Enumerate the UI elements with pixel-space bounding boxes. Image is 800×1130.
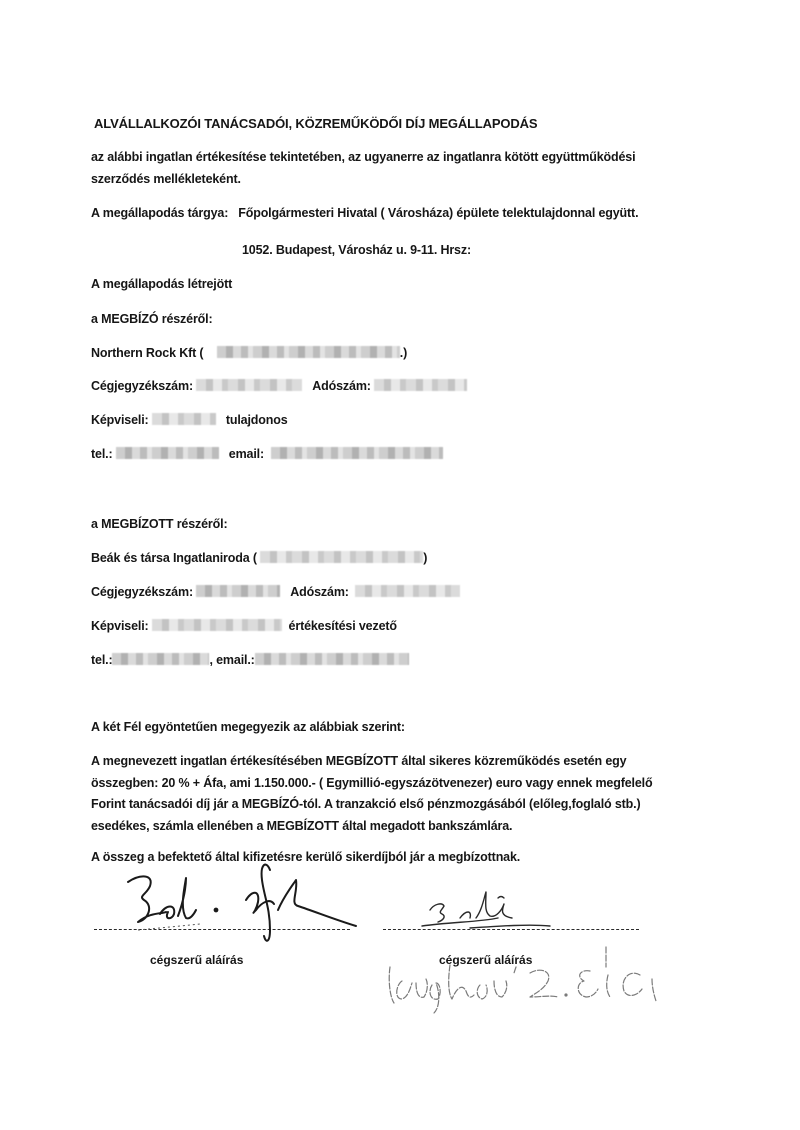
signature-label-left: cégszerű aláírás xyxy=(150,953,243,967)
signature-right-icon xyxy=(420,888,560,933)
signature-left-icon xyxy=(120,860,360,950)
agent-company-line: Beák és társa Ingatlaniroda ( ) xyxy=(91,551,427,565)
redacted-phone-number xyxy=(116,447,219,459)
subject-label: A megállapodás tárgya: xyxy=(91,206,228,220)
agreement-created: A megállapodás létrejött xyxy=(91,277,232,291)
agent-contact-line: tel.:, email.: xyxy=(91,653,409,667)
agent-tax-label: Adószám: xyxy=(290,585,349,599)
agent-rep-role: értékesítési vezető xyxy=(289,619,397,633)
agent-company-name: Beák és társa Ingatlaniroda ( xyxy=(91,551,257,565)
agent-heading: a MEGBÍZOTT részéről: xyxy=(91,517,227,531)
subject-line: A megállapodás tárgya: Főpolgármesteri H… xyxy=(91,206,638,220)
agent-tel-label: tel.: xyxy=(91,653,112,667)
redacted-company-address xyxy=(260,551,423,563)
principal-rep-role: tulajdonos xyxy=(226,413,288,427)
redacted-representative-name xyxy=(152,619,282,631)
principal-registration-line: Cégjegyzékszám: Adószám: xyxy=(91,379,467,393)
redacted-representative-name xyxy=(152,413,216,425)
agent-representative-line: Képviseli: értékesítési vezető xyxy=(91,619,397,633)
handwritten-annotation-icon xyxy=(380,945,690,1015)
principal-company-close: .) xyxy=(400,346,407,360)
intro-paragraph: az alábbi ingatlan értékesítése tekintet… xyxy=(91,147,635,190)
principal-email-label: email: xyxy=(229,447,264,461)
agent-email-label: , email.: xyxy=(209,653,254,667)
agreement-heading: A két Fél egyöntetűen megegyezik az aláb… xyxy=(91,720,405,734)
subject-value: Főpolgármesteri Hivatal ( Városháza) épü… xyxy=(238,206,638,220)
principal-contact-line: tel.: email: xyxy=(91,447,443,461)
principal-heading: a MEGBÍZÓ részéről: xyxy=(91,312,213,326)
agent-company-close: ) xyxy=(423,551,427,565)
principal-reg-label: Cégjegyzékszám: xyxy=(91,379,193,393)
property-address: 1052. Budapest, Városház u. 9-11. Hrsz: xyxy=(242,243,471,257)
document-title: ALVÁLLALKOZÓI TANÁCSADÓI, KÖZREMŰKÖDŐI D… xyxy=(94,116,537,131)
principal-rep-label: Képviseli: xyxy=(91,413,149,427)
redacted-registration-number xyxy=(196,379,302,391)
redacted-tax-number xyxy=(374,379,467,391)
agent-reg-label: Cégjegyzékszám: xyxy=(91,585,193,599)
redacted-tax-number xyxy=(355,585,460,597)
agent-registration-line: Cégjegyzékszám: Adószám: xyxy=(91,585,460,599)
principal-tax-label: Adószám: xyxy=(312,379,371,393)
principal-tel-label: tel.: xyxy=(91,447,112,461)
redacted-phone-number xyxy=(112,653,209,665)
principal-company-name: Northern Rock Kft ( xyxy=(91,346,203,360)
redacted-email xyxy=(271,447,443,459)
principal-company-line: Northern Rock Kft ( .) xyxy=(91,346,407,360)
agreement-body: A megnevezett ingatlan értékesítésében M… xyxy=(91,751,652,837)
redacted-registration-number xyxy=(196,585,280,597)
agent-rep-label: Képviseli: xyxy=(91,619,149,633)
redacted-email xyxy=(255,653,409,665)
principal-representative-line: Képviseli: tulajdonos xyxy=(91,413,288,427)
redacted-company-address xyxy=(217,346,400,358)
